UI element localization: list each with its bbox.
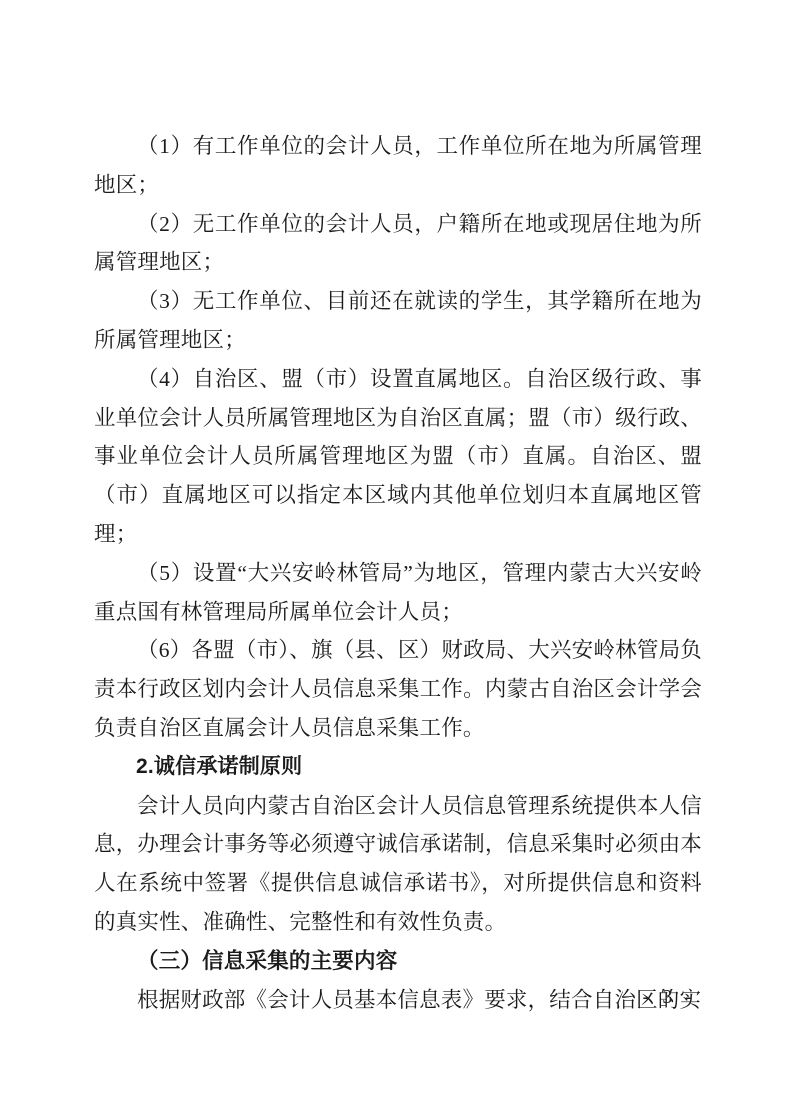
paragraph-item-5: （5）设置“大兴安岭林管局”为地区，管理内蒙古大兴安岭重点国有林管理局所属单位会…	[94, 554, 702, 632]
paragraph-item-2: （2）无工作单位的会计人员，户籍所在地或现居住地为所属管理地区；	[94, 205, 702, 283]
paragraph-item-1: （1）有工作单位的会计人员，工作单位所在地为所属管理地区；	[94, 127, 702, 205]
paragraph-section-three-body: 根据财政部《会计人员基本信息表》要求，结合自治区的实	[94, 981, 702, 1020]
paragraph-integrity-body: 会计人员向内蒙古自治区会计人员信息管理系统提供本人信息，办理会计事务等必须遵守诚…	[94, 787, 702, 942]
heading-integrity-principle: 2.诚信承诺制原则	[94, 748, 702, 787]
paragraph-item-6: （6）各盟（市）、旗（县、区）财政局、大兴安岭林管局负责本行政区划内会计人员信息…	[94, 631, 702, 747]
heading-section-three: （三）信息采集的主要内容	[94, 942, 702, 981]
paragraph-item-3: （3）无工作单位、目前还在就读的学生，其学籍所在地为所属管理地区；	[94, 282, 702, 360]
page-number: - 3 -	[643, 986, 696, 1009]
paragraph-item-4: （4）自治区、盟（市）设置直属地区。自治区级行政、事业单位会计人员所属管理地区为…	[94, 360, 702, 554]
document-page: （1）有工作单位的会计人员，工作单位所在地为所属管理地区； （2）无工作单位的会…	[0, 0, 794, 1098]
document-body: （1）有工作单位的会计人员，工作单位所在地为所属管理地区； （2）无工作单位的会…	[94, 127, 702, 1019]
